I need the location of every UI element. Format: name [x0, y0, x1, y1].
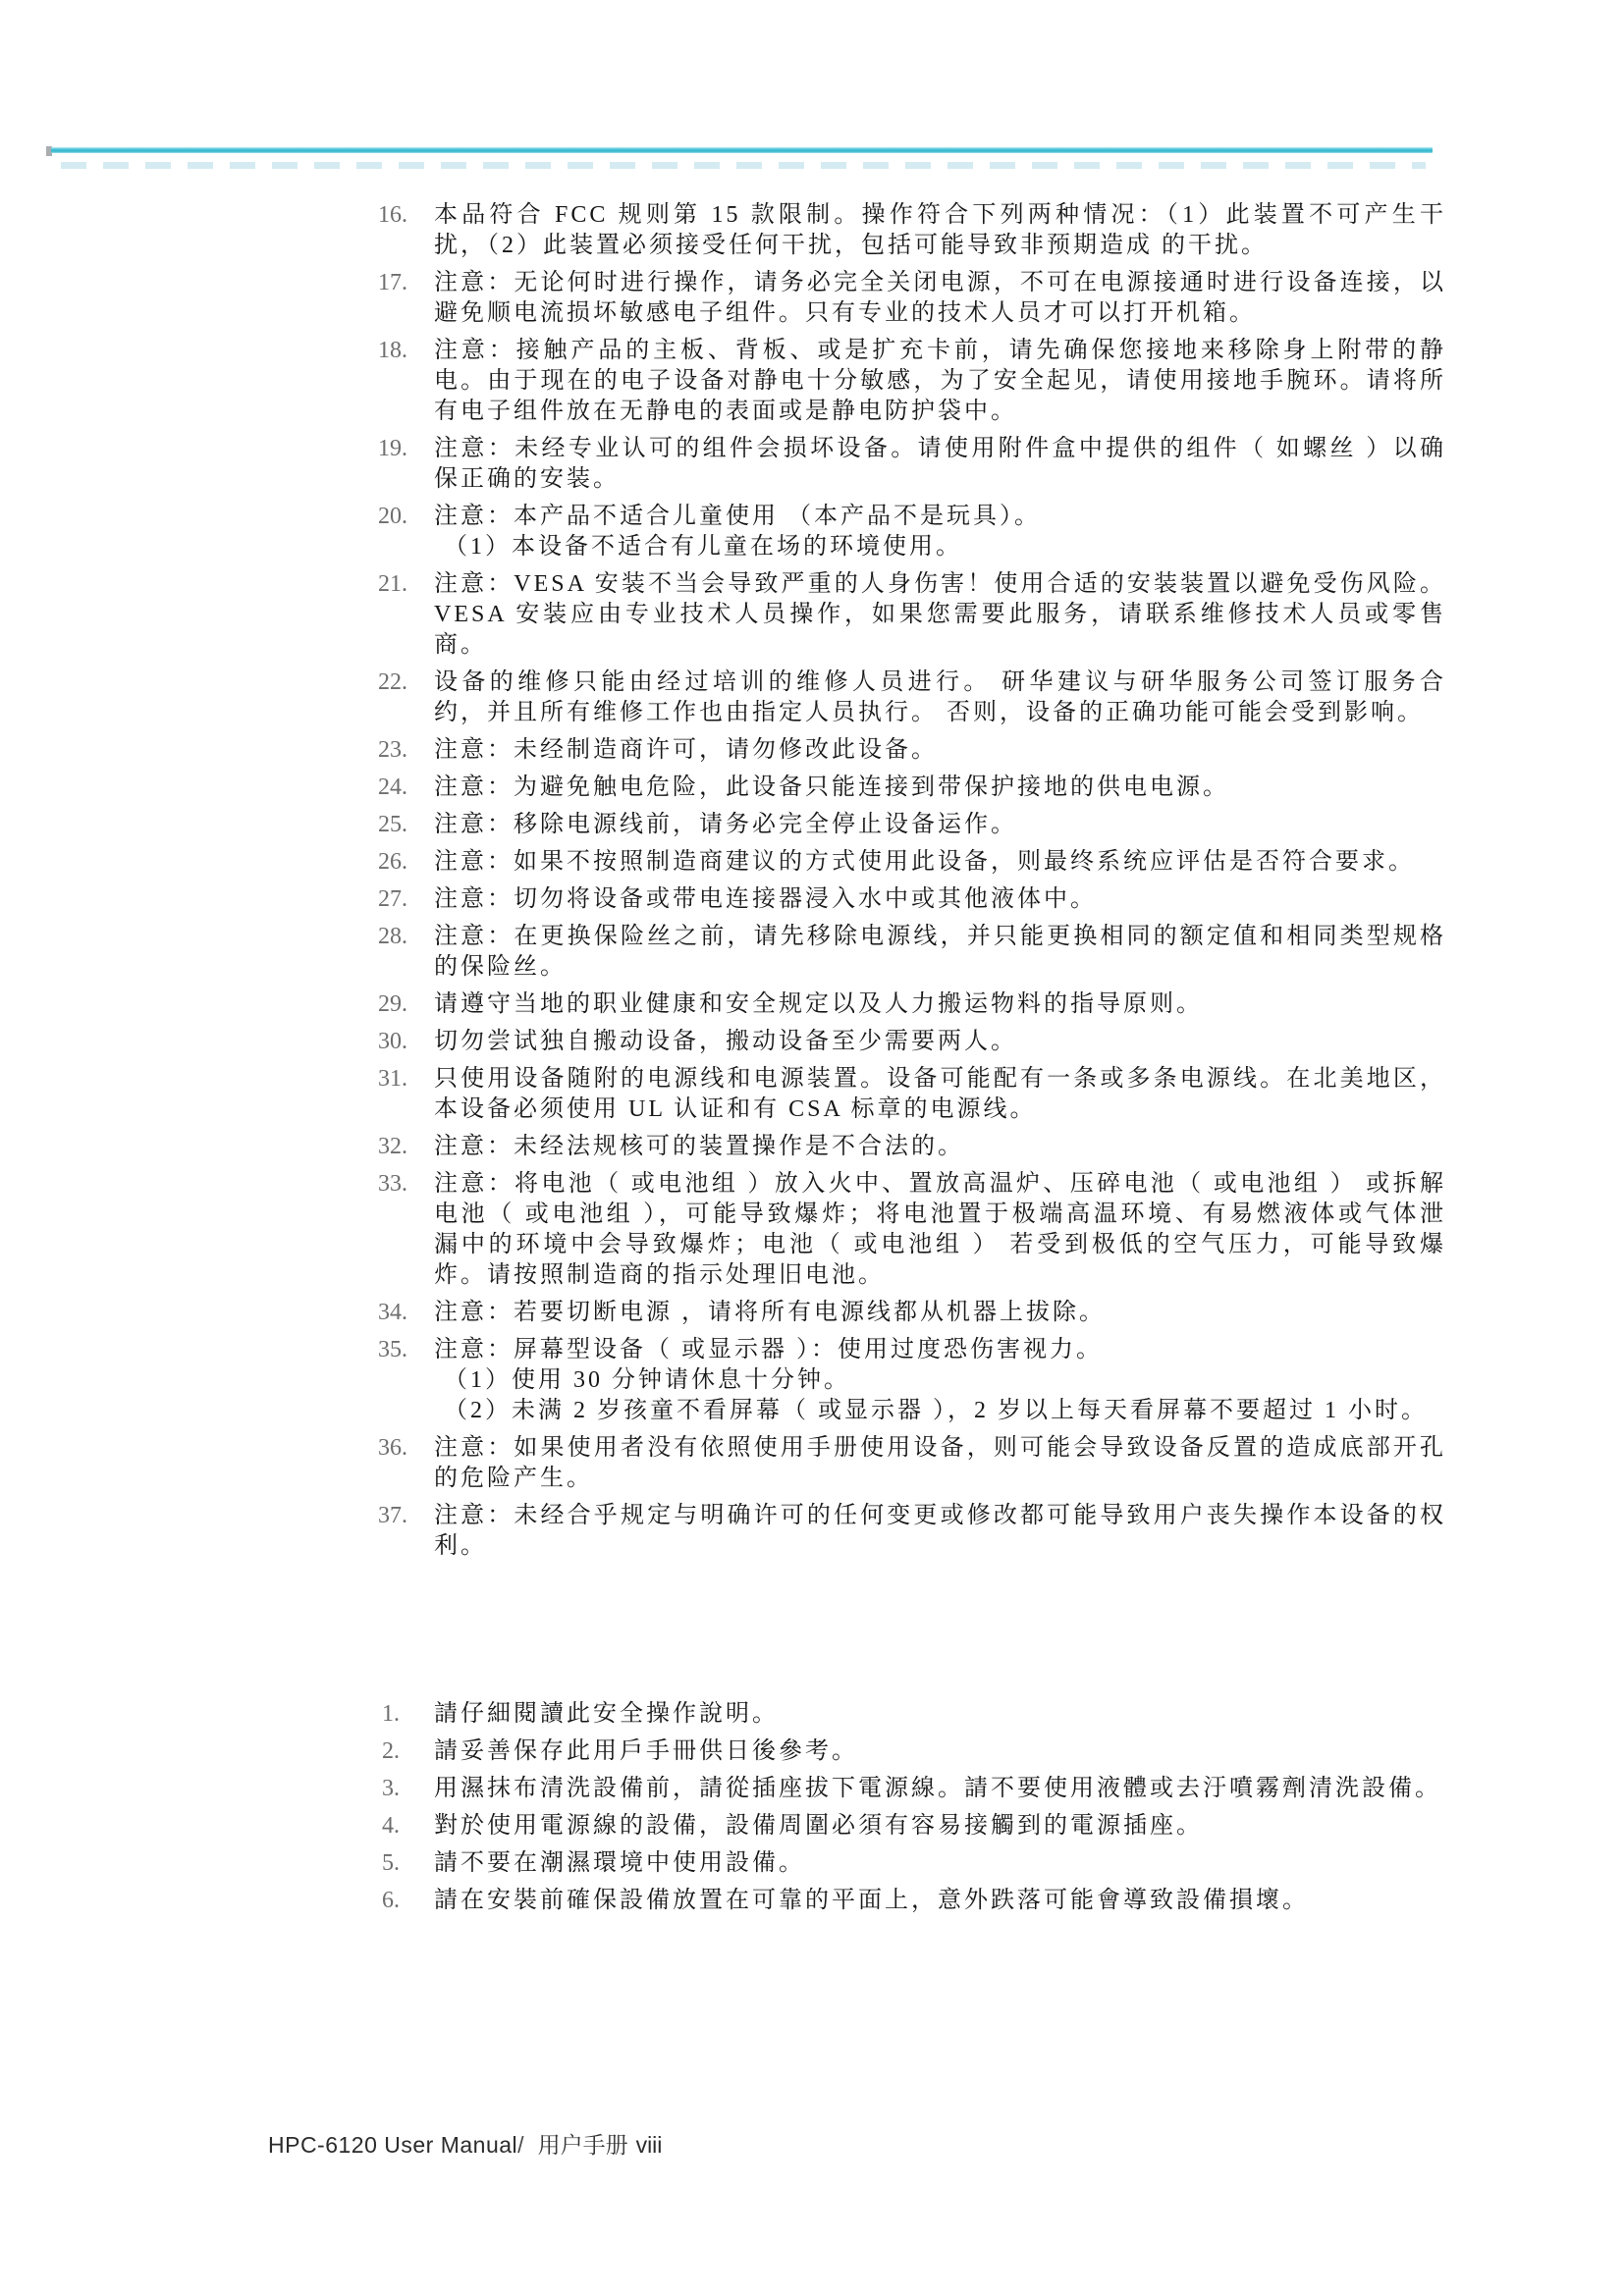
list-item: 6.請在安裝前確保設備放置在可靠的平面上，意外跌落可能會導致設備損壞。	[378, 1886, 1446, 1916]
item-text: 注意：如果不按照制造商建议的方式使用此设备，则最终系统应评估是否符合要求。	[434, 847, 1446, 878]
manual-title: HPC-6120 User Manual	[268, 2132, 517, 2158]
list-item: 23.注意：未经制造商许可，请勿修改此设备。	[378, 735, 1446, 766]
item-text-block: 注意：无论何时进行操作，请务必完全关闭电源，不可在电源接通时进行设备连接，以避免…	[434, 268, 1446, 329]
item-subtext: （1）使用 30 分钟请休息十分钟。	[434, 1365, 1446, 1396]
list-item: 37.注意：未经合乎规定与明确许可的任何变更或修改都可能导致用户丧失操作本设备的…	[378, 1501, 1446, 1562]
header-rule	[51, 147, 1433, 153]
list-item: 33.注意：将电池（ 或电池组 ）放入火中、置放高温炉、压碎电池（ 或电池组 ）…	[378, 1169, 1446, 1291]
item-text: 請妥善保存此用戶手冊供日後參考。	[434, 1736, 1446, 1767]
item-number: 4.	[382, 1811, 431, 1842]
item-number: 20.	[378, 502, 427, 532]
list-item: 34.注意：若要切断电源 ，请将所有电源线都从机器上拔除。	[378, 1298, 1446, 1328]
page-number: viii	[636, 2132, 663, 2158]
item-text: 注意：未经合乎规定与明确许可的任何变更或修改都可能导致用户丧失操作本设备的权利。	[434, 1501, 1446, 1562]
item-number: 32.	[378, 1132, 427, 1162]
manual-page: 16.本品符合 FCC 规则第 15 款限制。操作符合下列两种情况：（1）此装置…	[0, 0, 1624, 2296]
item-number: 19.	[378, 434, 427, 464]
item-text: 注意：本产品不适合儿童使用 （本产品不是玩具）。	[434, 502, 1446, 532]
item-text-block: 用濕抹布清洗設備前，請從插座拔下電源線。請不要使用液體或去汙噴霧劑清洗設備。	[434, 1774, 1446, 1804]
item-text-block: 注意：接触产品的主板、背板、或是扩充卡前，请先确保您接地来移除身上附带的静电。由…	[434, 336, 1446, 427]
list-item: 2.請妥善保存此用戶手冊供日後參考。	[378, 1736, 1446, 1767]
item-text: 注意：未经制造商许可，请勿修改此设备。	[434, 735, 1446, 766]
list-item: 36.注意：如果使用者没有依照使用手册使用设备，则可能会导致设备反置的造成底部开…	[378, 1433, 1446, 1494]
item-text: 只使用设备随附的电源线和电源装置。设备可能配有一条或多条电源线。在北美地区，本设…	[434, 1064, 1446, 1125]
list-item: 5.請不要在潮濕環境中使用設備。	[378, 1848, 1446, 1879]
footer-separator: /	[517, 2132, 523, 2158]
item-number: 29.	[378, 989, 427, 1020]
item-text-block: 請妥善保存此用戶手冊供日後參考。	[434, 1736, 1446, 1767]
item-number: 26.	[378, 847, 427, 878]
item-number: 23.	[378, 735, 427, 766]
item-text-block: 注意：如果不按照制造商建议的方式使用此设备，则最终系统应评估是否符合要求。	[434, 847, 1446, 878]
item-number: 17.	[378, 268, 427, 298]
item-text-block: 注意：将电池（ 或电池组 ）放入火中、置放高温炉、压碎电池（ 或电池组 ） 或拆…	[434, 1169, 1446, 1291]
item-text: 注意：在更换保险丝之前，请先移除电源线，并只能更换相同的额定值和相同类型规格的保…	[434, 922, 1446, 983]
item-subtext: （2）未满 2 岁孩童不看屏幕（ 或显示器 ），2 岁以上每天看屏幕不要超过 1…	[434, 1396, 1446, 1426]
item-number: 22.	[378, 667, 427, 698]
item-text: 注意：无论何时进行操作，请务必完全关闭电源，不可在电源接通时进行设备连接，以避免…	[434, 268, 1446, 329]
list-item: 26.注意：如果不按照制造商建议的方式使用此设备，则最终系统应评估是否符合要求。	[378, 847, 1446, 878]
item-text-block: 注意：在更换保险丝之前，请先移除电源线，并只能更换相同的额定值和相同类型规格的保…	[434, 922, 1446, 983]
item-number: 6.	[382, 1886, 431, 1916]
item-text-block: 注意：如果使用者没有依照使用手册使用设备，则可能会导致设备反置的造成底部开孔的危…	[434, 1433, 1446, 1494]
item-text: 注意：接触产品的主板、背板、或是扩充卡前，请先确保您接地来移除身上附带的静电。由…	[434, 336, 1446, 427]
list-item: 18.注意：接触产品的主板、背板、或是扩充卡前，请先确保您接地来移除身上附带的静…	[378, 336, 1446, 427]
item-text-block: 注意：VESA 安装不当会导致严重的人身伤害！使用合适的安装装置以避免受伤风险。…	[434, 569, 1446, 661]
list-item: 24.注意：为避免触电危险，此设备只能连接到带保护接地的供电电源。	[378, 773, 1446, 803]
manual-title-cn: 用户手册	[538, 2133, 628, 2158]
item-number: 3.	[382, 1774, 431, 1804]
item-text-block: 注意：为避免触电危险，此设备只能连接到带保护接地的供电电源。	[434, 773, 1446, 803]
item-number: 35.	[378, 1335, 427, 1365]
item-text: 注意：若要切断电源 ，请将所有电源线都从机器上拔除。	[434, 1298, 1446, 1328]
list-item: 27.注意：切勿将设备或带电连接器浸入水中或其他液体中。	[378, 884, 1446, 915]
item-text-block: 只使用设备随附的电源线和电源装置。设备可能配有一条或多条电源线。在北美地区，本设…	[434, 1064, 1446, 1125]
list-item: 19.注意：未经专业认可的组件会损坏设备。请使用附件盒中提供的组件（ 如螺丝 ）…	[378, 434, 1446, 495]
list-item: 28.注意：在更换保险丝之前，请先移除电源线，并只能更换相同的额定值和相同类型规…	[378, 922, 1446, 983]
item-text: 切勿尝试独自搬动设备，搬动设备至少需要两人。	[434, 1027, 1446, 1057]
list-item: 17.注意：无论何时进行操作，请务必完全关闭电源，不可在电源接通时进行设备连接，…	[378, 268, 1446, 329]
list-item: 35.注意：屏幕型设备（ 或显示器 ）：使用过度恐伤害视力。（1）使用 30 分…	[378, 1335, 1446, 1426]
safety-instructions-list-traditional: 1.請仔細閱讀此安全操作說明。2.請妥善保存此用戶手冊供日後參考。3.用濕抹布清…	[378, 1699, 1446, 1916]
item-number: 1.	[382, 1699, 431, 1730]
item-text: 注意：屏幕型设备（ 或显示器 ）：使用过度恐伤害视力。	[434, 1335, 1446, 1365]
item-text: 注意：未经法规核可的装置操作是不合法的。	[434, 1132, 1446, 1162]
list-item: 25.注意：移除电源线前，请务必完全停止设备运作。	[378, 810, 1446, 840]
list-item: 20.注意：本产品不适合儿童使用 （本产品不是玩具）。（1）本设备不适合有儿童在…	[378, 502, 1446, 562]
item-text-block: 切勿尝试独自搬动设备，搬动设备至少需要两人。	[434, 1027, 1446, 1057]
item-text-block: 對於使用電源線的設備，設備周圍必須有容易接觸到的電源插座。	[434, 1811, 1446, 1842]
list-item: 32.注意：未经法规核可的装置操作是不合法的。	[378, 1132, 1446, 1162]
list-item: 31.只使用设备随附的电源线和电源装置。设备可能配有一条或多条电源线。在北美地区…	[378, 1064, 1446, 1125]
list-item: 16.本品符合 FCC 规则第 15 款限制。操作符合下列两种情况：（1）此装置…	[378, 200, 1446, 261]
item-text-block: 注意：未经专业认可的组件会损坏设备。请使用附件盒中提供的组件（ 如螺丝 ）以确保…	[434, 434, 1446, 495]
item-number: 21.	[378, 569, 427, 600]
item-text-block: 注意：未经合乎规定与明确许可的任何变更或修改都可能导致用户丧失操作本设备的权利。	[434, 1501, 1446, 1562]
header-ghost-artifact	[61, 162, 1426, 169]
item-text: 請在安裝前確保設備放置在可靠的平面上，意外跌落可能會導致設備損壞。	[434, 1886, 1446, 1916]
item-text: 注意：为避免触电危险，此设备只能连接到带保护接地的供电电源。	[434, 773, 1446, 803]
item-text: 注意：VESA 安装不当会导致严重的人身伤害！使用合适的安装装置以避免受伤风险。…	[434, 569, 1446, 661]
list-item: 1.請仔細閱讀此安全操作說明。	[378, 1699, 1446, 1730]
item-number: 16.	[378, 200, 427, 231]
item-number: 24.	[378, 773, 427, 803]
item-number: 5.	[382, 1848, 431, 1879]
list-item: 21.注意：VESA 安装不当会导致严重的人身伤害！使用合适的安装装置以避免受伤…	[378, 569, 1446, 661]
item-text: 用濕抹布清洗設備前，請從插座拔下電源線。請不要使用液體或去汙噴霧劑清洗設備。	[434, 1774, 1446, 1804]
safety-instructions-list-simplified: 16.本品符合 FCC 规则第 15 款限制。操作符合下列两种情况：（1）此装置…	[378, 200, 1446, 1562]
item-number: 25.	[378, 810, 427, 840]
item-text-block: 设备的维修只能由经过培训的维修人员进行。 研华建议与研华服务公司签订服务合约，并…	[434, 667, 1446, 728]
item-text-block: 注意：未经制造商许可，请勿修改此设备。	[434, 735, 1446, 766]
item-number: 34.	[378, 1298, 427, 1328]
item-text-block: 注意：未经法规核可的装置操作是不合法的。	[434, 1132, 1446, 1162]
item-number: 33.	[378, 1169, 427, 1200]
item-number: 28.	[378, 922, 427, 952]
item-text-block: 注意：切勿将设备或带电连接器浸入水中或其他液体中。	[434, 884, 1446, 915]
item-text-block: 請不要在潮濕環境中使用設備。	[434, 1848, 1446, 1879]
item-number: 36.	[378, 1433, 427, 1464]
item-text: 注意：移除电源线前，请务必完全停止设备运作。	[434, 810, 1446, 840]
page-footer: HPC-6120 User Manual/用户手册viii	[268, 2131, 662, 2160]
item-text-block: 请遵守当地的职业健康和安全规定以及人力搬运物料的指导原则。	[434, 989, 1446, 1020]
item-text: 设备的维修只能由经过培训的维修人员进行。 研华建议与研华服务公司签订服务合约，并…	[434, 667, 1446, 728]
list-item: 30.切勿尝试独自搬动设备，搬动设备至少需要两人。	[378, 1027, 1446, 1057]
item-text-block: 注意：本产品不适合儿童使用 （本产品不是玩具）。（1）本设备不适合有儿童在场的环…	[434, 502, 1446, 562]
item-text-block: 注意：屏幕型设备（ 或显示器 ）：使用过度恐伤害视力。（1）使用 30 分钟请休…	[434, 1335, 1446, 1426]
item-number: 30.	[378, 1027, 427, 1057]
list-item: 22.设备的维修只能由经过培训的维修人员进行。 研华建议与研华服务公司签订服务合…	[378, 667, 1446, 728]
item-text: 請不要在潮濕環境中使用設備。	[434, 1848, 1446, 1879]
page-content: 16.本品符合 FCC 规则第 15 款限制。操作符合下列两种情况：（1）此装置…	[378, 200, 1446, 1923]
item-number: 27.	[378, 884, 427, 915]
item-number: 2.	[382, 1736, 431, 1767]
list-item: 29.请遵守当地的职业健康和安全规定以及人力搬运物料的指导原则。	[378, 989, 1446, 1020]
item-text-block: 請仔細閱讀此安全操作說明。	[434, 1699, 1446, 1730]
item-text: 注意：未经专业认可的组件会损坏设备。请使用附件盒中提供的组件（ 如螺丝 ）以确保…	[434, 434, 1446, 495]
item-text-block: 注意：若要切断电源 ，请将所有电源线都从机器上拔除。	[434, 1298, 1446, 1328]
item-number: 31.	[378, 1064, 427, 1095]
item-subtext: （1）本设备不适合有儿童在场的环境使用。	[434, 532, 1446, 562]
item-text-block: 注意：移除电源线前，请务必完全停止设备运作。	[434, 810, 1446, 840]
item-text-block: 請在安裝前確保設備放置在可靠的平面上，意外跌落可能會導致設備損壞。	[434, 1886, 1446, 1916]
list-item: 4.對於使用電源線的設備，設備周圍必須有容易接觸到的電源插座。	[378, 1811, 1446, 1842]
item-text: 注意：将电池（ 或电池组 ）放入火中、置放高温炉、压碎电池（ 或电池组 ） 或拆…	[434, 1169, 1446, 1291]
item-number: 37.	[378, 1501, 427, 1531]
item-text: 請仔細閱讀此安全操作說明。	[434, 1699, 1446, 1730]
list-item: 3.用濕抹布清洗設備前，請從插座拔下電源線。請不要使用液體或去汙噴霧劑清洗設備。	[378, 1774, 1446, 1804]
item-text: 對於使用電源線的設備，設備周圍必須有容易接觸到的電源插座。	[434, 1811, 1446, 1842]
item-text: 注意：切勿将设备或带电连接器浸入水中或其他液体中。	[434, 884, 1446, 915]
item-number: 18.	[378, 336, 427, 366]
item-text: 本品符合 FCC 规则第 15 款限制。操作符合下列两种情况：（1）此装置不可产…	[434, 200, 1446, 261]
item-text: 请遵守当地的职业健康和安全规定以及人力搬运物料的指导原则。	[434, 989, 1446, 1020]
item-text-block: 本品符合 FCC 规则第 15 款限制。操作符合下列两种情况：（1）此装置不可产…	[434, 200, 1446, 261]
item-text: 注意：如果使用者没有依照使用手册使用设备，则可能会导致设备反置的造成底部开孔的危…	[434, 1433, 1446, 1494]
